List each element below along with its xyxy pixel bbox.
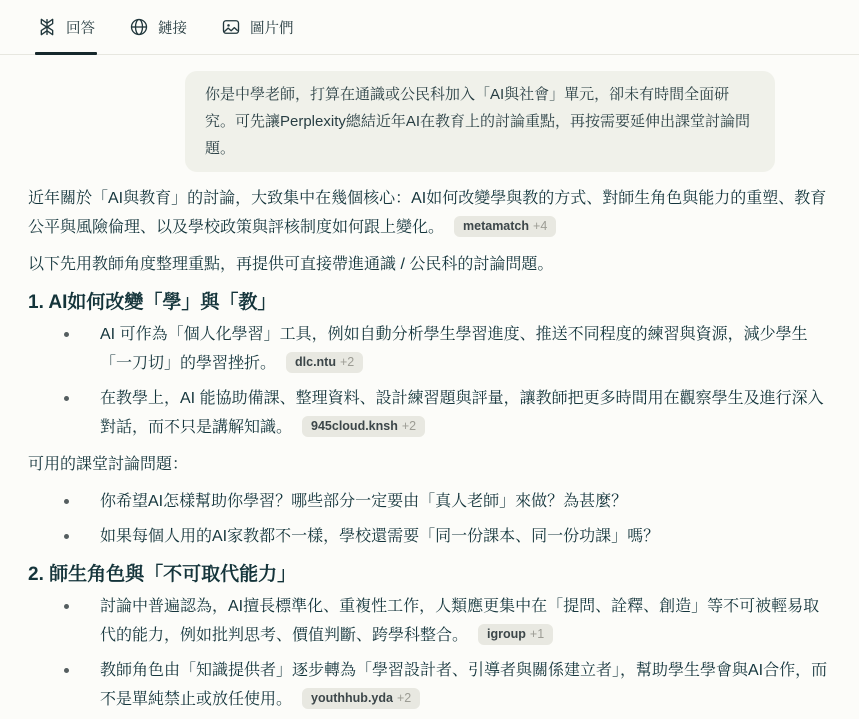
citation-count: +2 xyxy=(340,355,354,369)
list-item-text: 如果每個人用的AI家教都不一樣，學校還需要「同一份課本、同一份功課」嗎？ xyxy=(100,528,659,545)
citation-count: +1 xyxy=(530,627,544,641)
discussion-label: 可用的課堂討論問題： xyxy=(28,450,831,479)
citation-badge[interactable]: metamatch+4 xyxy=(454,216,556,237)
citation-badge[interactable]: 945cloud.knsh+2 xyxy=(302,416,425,437)
user-query-text: 你是中學老師，打算在通識或公民科加入「AI與社會」單元，卻未有時間全面研究。可先… xyxy=(205,86,750,157)
lead-paragraph: 以下先用教師角度整理重點，再提供可直接帶進通識 / 公民科的討論問題。 xyxy=(28,250,831,279)
list-item: 你希望AI怎樣幫助你學習？哪些部分一定要由「真人老師」來做？為甚麼？ xyxy=(28,487,831,516)
tab-answer-label: 回答 xyxy=(66,17,95,38)
section-1-list: AI 可作為「個人化學習」工具，例如自動分析學生學習進度、推送不同程度的練習與資… xyxy=(28,320,831,442)
perplexity-logo-icon xyxy=(37,17,57,37)
tab-links[interactable]: 鏈接 xyxy=(129,0,187,54)
list-item-text: 在教學上，AI 能協助備課、整理資料、設計練習題與評量，讓教師把更多時間用在觀察… xyxy=(100,390,824,436)
answer-panel: 你是中學老師，打算在通識或公民科加入「AI與社會」單元，卻未有時間全面研究。可先… xyxy=(0,71,859,714)
list-item: 討論中普遍認為，AI擅長標準化、重複性工作，人類應更集中在「提問、詮釋、創造」等… xyxy=(28,592,831,650)
tab-bar: 回答 鏈接 圖片們 xyxy=(0,0,859,55)
section-2-heading: 2. 師生角色與「不可取代能力」 xyxy=(28,563,831,586)
images-icon xyxy=(221,17,241,37)
intro-text: 近年關於「AI與教育」的討論，大致集中在幾個核心：AI如何改變學與教的方式、對師… xyxy=(28,190,826,236)
list-item-text: AI 可作為「個人化學習」工具，例如自動分析學生學習進度、推送不同程度的練習與資… xyxy=(100,326,808,372)
discussion-question-list: 你希望AI怎樣幫助你學習？哪些部分一定要由「真人老師」來做？為甚麼？ 如果每個人… xyxy=(28,487,831,551)
citation-source: metamatch xyxy=(463,219,529,233)
tab-answer[interactable]: 回答 xyxy=(37,0,95,54)
list-item-text: 討論中普遍認為，AI擅長標準化、重複性工作，人類應更集中在「提問、詮釋、創造」等… xyxy=(100,598,819,644)
citation-count: +4 xyxy=(533,219,547,233)
lead-text: 以下先用教師角度整理重點，再提供可直接帶進通識 / 公民科的討論問題。 xyxy=(28,256,553,273)
list-item: 如果每個人用的AI家教都不一樣，學校還需要「同一份課本、同一份功課」嗎？ xyxy=(28,522,831,551)
section-1-heading: 1. AI如何改變「學」與「教」 xyxy=(28,291,831,314)
intro-paragraph: 近年關於「AI與教育」的討論，大致集中在幾個核心：AI如何改變學與教的方式、對師… xyxy=(28,184,831,242)
list-item-text: 教師角色由「知識提供者」逐步轉為「學習設計者、引導者與關係建立者」，幫助學生學會… xyxy=(100,662,827,708)
citation-source: 945cloud.knsh xyxy=(311,419,398,433)
citation-source: igroup xyxy=(487,627,526,641)
tab-images-label: 圖片們 xyxy=(250,17,294,38)
citation-count: +2 xyxy=(397,691,411,705)
tab-images[interactable]: 圖片們 xyxy=(221,0,294,54)
citation-badge[interactable]: igroup+1 xyxy=(478,624,553,645)
citation-count: +2 xyxy=(402,419,416,433)
tab-links-label: 鏈接 xyxy=(158,17,187,38)
citation-badge[interactable]: dlc.ntu+2 xyxy=(286,352,363,373)
citation-badge[interactable]: youthhub.yda+2 xyxy=(302,688,420,709)
user-query-bubble: 你是中學老師，打算在通識或公民科加入「AI與社會」單元，卻未有時間全面研究。可先… xyxy=(185,71,775,172)
section-2-list: 討論中普遍認為，AI擅長標準化、重複性工作，人類應更集中在「提問、詮釋、創造」等… xyxy=(28,592,831,714)
list-item: 在教學上，AI 能協助備課、整理資料、設計練習題與評量，讓教師把更多時間用在觀察… xyxy=(28,384,831,442)
list-item-text: 你希望AI怎樣幫助你學習？哪些部分一定要由「真人老師」來做？為甚麼？ xyxy=(100,493,627,510)
list-item: 教師角色由「知識提供者」逐步轉為「學習設計者、引導者與關係建立者」，幫助學生學會… xyxy=(28,656,831,714)
list-item: AI 可作為「個人化學習」工具，例如自動分析學生學習進度、推送不同程度的練習與資… xyxy=(28,320,831,378)
globe-icon xyxy=(129,17,149,37)
citation-source: dlc.ntu xyxy=(295,355,336,369)
citation-source: youthhub.yda xyxy=(311,691,393,705)
